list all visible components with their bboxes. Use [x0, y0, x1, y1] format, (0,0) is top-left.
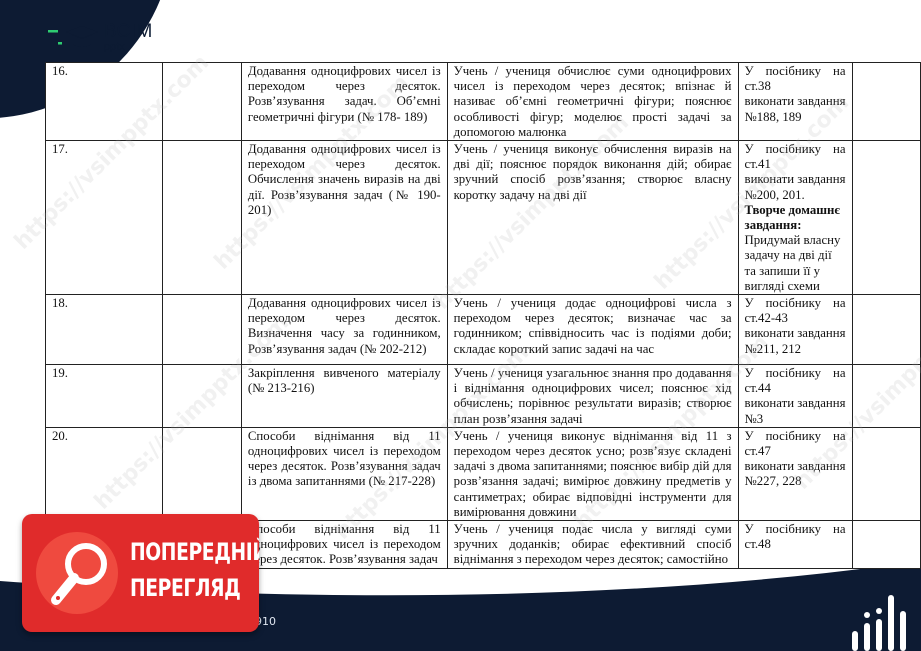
expected-results: Учень / учениця виконує обчислення вираз… [447, 141, 738, 295]
homework-lead: У посібнику на [745, 429, 846, 444]
date-cell [162, 365, 241, 428]
expected-results: Учень / учениця подає числа у вигляді су… [447, 521, 738, 569]
lesson-topic: Способи віднімання від 11 одноцифрових ч… [241, 427, 447, 520]
lesson-topic: Додавання одноцифрових чисел із переходо… [241, 295, 447, 365]
homework-lead: У посібнику на [745, 142, 846, 157]
homework: У посібнику на ст.44 виконати завдання №… [738, 365, 852, 428]
date-cell [162, 63, 241, 141]
homework-task: виконати завдання [745, 172, 846, 187]
magnifier-icon [46, 538, 116, 610]
homework-numbers: №227, 228 [745, 474, 846, 489]
homework-numbers: №188, 189 [745, 110, 846, 125]
homework-lead: У посібнику на [745, 64, 846, 79]
preview-label: ПОПЕРЕДНІЙ ПЕРЕГЛЯД [130, 534, 259, 606]
homework-page: ст.48 [745, 537, 846, 552]
graduation-cap-icon [48, 24, 98, 52]
homework-lead: У посібнику на [745, 296, 846, 311]
lesson-number: 19. [46, 365, 163, 428]
lesson-number: 20. [46, 427, 163, 520]
expected-results: Учень / учениця узагальнює знання про до… [447, 365, 738, 428]
date-cell [162, 427, 241, 520]
preview-button[interactable]: ПОПЕРЕДНІЙ ПЕРЕГЛЯД [22, 514, 259, 632]
homework-page: ст.47 [745, 444, 846, 459]
lesson-topic: Закріплення вивченого матеріалу (№ 213-2… [241, 365, 447, 428]
expected-results: Учень / учениця виконує віднімання від 1… [447, 427, 738, 520]
homework: У посібнику на ст.47 виконати завдання №… [738, 427, 852, 520]
site-logo: ВСІМ pptx [48, 22, 153, 53]
lesson-topic: Додавання одноцифрових чисел із переходо… [241, 63, 447, 141]
table-row: 17. Додавання одноцифрових чисел із пере… [46, 141, 921, 295]
notes-cell [852, 521, 920, 569]
date-cell [162, 141, 241, 295]
homework-lead: У посібнику на [745, 522, 846, 537]
creative-homework-text: Придумай власну задачу на дві дії та зап… [745, 233, 846, 294]
homework-task: виконати завдання [745, 459, 846, 474]
table-row: 16. Додавання одноцифрових чисел із пере… [46, 63, 921, 141]
notes-cell [852, 141, 920, 295]
preview-label-line1: ПОПЕРЕДНІЙ [130, 534, 259, 570]
lesson-topic: Додавання одноцифрових чисел із переходо… [241, 141, 447, 295]
notes-cell [852, 63, 920, 141]
logo-subtitle: pptx [104, 42, 153, 53]
homework-numbers: №200, 201. [745, 188, 846, 203]
homework-task: виконати завдання [745, 396, 846, 411]
date-cell [162, 295, 241, 365]
notes-cell [852, 365, 920, 428]
lesson-number: 17. [46, 141, 163, 295]
brand-bars-icon [850, 585, 920, 651]
homework: У посібнику на ст.38 виконати завдання №… [738, 63, 852, 141]
homework-lead: У посібнику на [745, 366, 846, 381]
lesson-plan-table: 16. Додавання одноцифрових чисел із пере… [45, 62, 921, 569]
homework: У посібнику на ст.41 виконати завдання №… [738, 141, 852, 295]
lesson-number: 16. [46, 63, 163, 141]
table-row: 18. Додавання одноцифрових чисел із пере… [46, 295, 921, 365]
homework-page: ст.41 [745, 157, 846, 172]
homework: У посібнику на ст.42-43 виконати завданн… [738, 295, 852, 365]
homework-page: ст.42-43 [745, 311, 846, 326]
lesson-topic: Способи віднімання від 11 одноцифрових ч… [241, 521, 447, 569]
homework-page: ст.38 [745, 79, 846, 94]
table-row: 20. Способи віднімання від 11 одноцифров… [46, 427, 921, 520]
expected-results: Учень / учениця обчислює суми одноцифров… [447, 63, 738, 141]
preview-label-line2: ПЕРЕГЛЯД [130, 570, 259, 606]
notes-cell [852, 427, 920, 520]
homework-task: виконати завдання [745, 94, 846, 109]
expected-results: Учень / учениця додає одноцифрові числа … [447, 295, 738, 365]
creative-homework-title: Творче домашнє завдання: [745, 203, 846, 233]
notes-cell [852, 295, 920, 365]
homework: У посібнику на ст.48 [738, 521, 852, 569]
lesson-number: 18. [46, 295, 163, 365]
table-row: 19. Закріплення вивченого матеріалу (№ 2… [46, 365, 921, 428]
homework-task: виконати завдання [745, 326, 846, 341]
homework-page: ст.44 [745, 381, 846, 396]
logo-title: ВСІМ [104, 22, 153, 41]
homework-numbers: №3 [745, 412, 846, 427]
homework-numbers: №211, 212 [745, 342, 846, 357]
